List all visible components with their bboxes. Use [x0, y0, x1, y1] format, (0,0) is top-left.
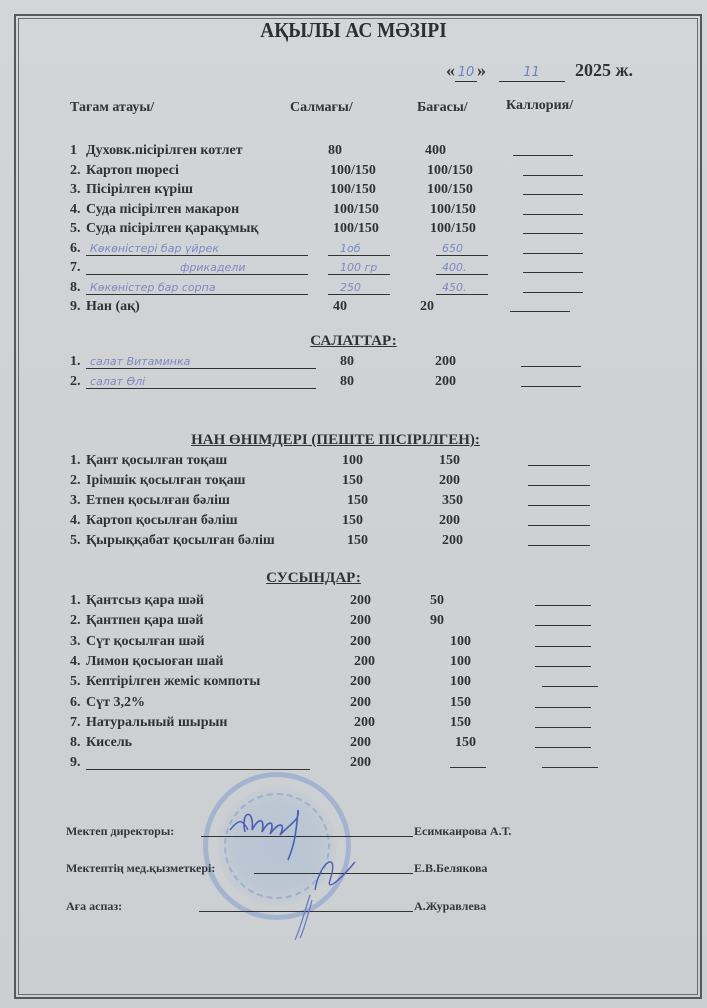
- item-number: 6.: [70, 694, 81, 712]
- item-price: 200: [439, 472, 460, 490]
- calories-field: [542, 767, 598, 768]
- item-name: Қантпен қара шәй: [86, 612, 203, 630]
- column-header-calories: Каллория/: [506, 98, 573, 114]
- item-number: 5.: [70, 673, 81, 691]
- item-weight: 100/150: [330, 162, 376, 180]
- calories-field: [535, 666, 591, 667]
- menu-item-row: 4.Суда пісірілген макарон100/150100/150: [70, 201, 630, 219]
- item-name: Ірімшік қосылған тоқаш: [86, 472, 246, 490]
- item-name: Картоп пюресі: [86, 162, 179, 180]
- calories-field: [535, 727, 591, 728]
- calories-field: [523, 233, 583, 234]
- calories-field: [523, 272, 583, 273]
- date-close-quote: »: [477, 60, 486, 80]
- value-fill-line: [436, 274, 488, 275]
- value-fill-line: [328, 255, 390, 256]
- calories-field: [535, 605, 591, 606]
- item-price: 150: [455, 734, 476, 752]
- item-price: 200: [442, 532, 463, 550]
- item-price: 350: [442, 492, 463, 510]
- column-header-weight: Салмағы/: [290, 100, 353, 116]
- item-name: Қырыққабат қосылған бәліш: [86, 532, 275, 550]
- item-number: 2.: [70, 162, 81, 180]
- item-weight: 200: [350, 694, 371, 712]
- item-number: 8.: [70, 279, 81, 297]
- column-header-price: Бағасы/: [417, 100, 468, 116]
- calories-field: [528, 485, 590, 486]
- item-weight: 200: [354, 653, 375, 671]
- item-number: 4.: [70, 653, 81, 671]
- item-weight: 200: [354, 714, 375, 732]
- item-price: 150: [450, 694, 471, 712]
- calories-field: [528, 525, 590, 526]
- item-price: 100: [450, 673, 471, 691]
- item-name: Кептірілген жеміс компоты: [86, 673, 260, 691]
- menu-item-row: 4.Лимон қосыоған шай200100: [70, 653, 630, 671]
- item-weight: 100/150: [333, 201, 379, 219]
- item-price: 20: [420, 298, 434, 316]
- item-weight: 200: [350, 734, 371, 752]
- item-number: 5.: [70, 220, 81, 238]
- calories-field: [535, 707, 591, 708]
- item-price: 90: [430, 612, 444, 630]
- item-price: 100/150: [430, 220, 476, 238]
- menu-item-row: 9.Нан (ақ)4020: [70, 298, 630, 316]
- date-day-field: 10: [455, 60, 477, 82]
- menu-item-row: 1Духовк.пісірілген котлет80400: [70, 142, 630, 160]
- item-name: Қантсыз қара шәй: [86, 592, 204, 610]
- item-price: 50: [430, 592, 444, 610]
- item-name: Сүт қосылған шәй: [86, 633, 205, 651]
- item-number: 2.: [70, 612, 81, 630]
- menu-item-row: 1.Қант қосылған тоқаш100150: [70, 452, 630, 470]
- value-fill-line: [436, 255, 488, 256]
- document-title: АҚЫЛЫ АС МӘЗІРІ: [28, 18, 678, 43]
- name-fill-line: [86, 388, 316, 389]
- item-price: 400: [425, 142, 446, 160]
- menu-item-row: 6.Көкөністері бар үйрек1об650: [70, 240, 630, 258]
- calories-field: [535, 646, 591, 647]
- item-number: 3.: [70, 181, 81, 199]
- item-weight: 200: [350, 612, 371, 630]
- menu-item-row: 7.Натуральный шырын200150: [70, 714, 630, 732]
- item-weight: 100/150: [333, 220, 379, 238]
- item-number: 1.: [70, 592, 81, 610]
- item-weight: 150: [347, 492, 368, 510]
- menu-item-row: 2.салат Өлі80200: [70, 373, 630, 391]
- menu-item-row: 2.Картоп пюресі100/150100/150: [70, 162, 630, 180]
- item-price: 100/150: [427, 181, 473, 199]
- menu-item-row: 8.Кисель200150: [70, 734, 630, 752]
- menu-item-row: 5.Қырыққабат қосылған бәліш150200: [70, 532, 630, 550]
- date-month-field: 11: [499, 60, 565, 82]
- item-name: Картоп қосылған бәліш: [86, 512, 238, 530]
- item-number: 4.: [70, 512, 81, 530]
- item-weight: 80: [340, 373, 354, 391]
- item-price: 200: [439, 512, 460, 530]
- item-weight: 150: [347, 532, 368, 550]
- item-number: 9.: [70, 754, 81, 772]
- item-weight: 200: [350, 592, 371, 610]
- calories-field: [523, 292, 583, 293]
- item-weight: 200: [350, 673, 371, 691]
- menu-item-row: 9.200: [70, 754, 630, 772]
- value-fill-line: [436, 294, 488, 295]
- item-price: 200: [435, 353, 456, 371]
- item-number: 9.: [70, 298, 81, 316]
- item-price: 150: [450, 714, 471, 732]
- item-name: Етпен қосылған бәліш: [86, 492, 230, 510]
- item-name: Кисель: [86, 734, 132, 752]
- price-fill-line: [450, 767, 486, 768]
- item-weight: 100: [342, 452, 363, 470]
- menu-item-row: 6.Сүт 3,2%200150: [70, 694, 630, 712]
- item-name: Лимон қосыоған шай: [86, 653, 223, 671]
- calories-field: [521, 386, 581, 387]
- item-name: Суда пісірілген макарон: [86, 201, 239, 219]
- menu-item-row: 7.фрикадели100 гр400.: [70, 259, 630, 277]
- item-number: 1.: [70, 452, 81, 470]
- menu-item-row: 8.Көкөністер бар сорпа250450.: [70, 279, 630, 297]
- item-number: 1.: [70, 353, 81, 371]
- drinks-section-title: СУСЫНДАР:: [0, 570, 667, 587]
- value-fill-line: [328, 274, 390, 275]
- date-open-quote: «: [446, 60, 455, 80]
- menu-item-row: 1.Қантсыз қара шәй20050: [70, 592, 630, 610]
- date-year: 2025 ж.: [575, 60, 633, 80]
- bakery-section-title: НАН ӨНІМДЕРІ (ПЕШТЕ ПІСІРІЛГЕН):: [0, 432, 689, 449]
- item-number: 3.: [70, 492, 81, 510]
- item-number: 3.: [70, 633, 81, 651]
- item-price: 150: [439, 452, 460, 470]
- name-fill-line: [86, 368, 316, 369]
- calories-field: [528, 545, 590, 546]
- calories-field: [528, 465, 590, 466]
- calories-field: [523, 194, 583, 195]
- item-weight: 100/150: [330, 181, 376, 199]
- menu-item-row: 3.Етпен қосылған бәліш150350: [70, 492, 630, 510]
- handwritten-signatures: [200, 780, 400, 940]
- item-number: 6.: [70, 240, 81, 258]
- item-weight: 40: [333, 298, 347, 316]
- item-number: 4.: [70, 201, 81, 219]
- calories-field: [535, 625, 591, 626]
- calories-field: [542, 686, 598, 687]
- name-fill-line: [86, 294, 308, 295]
- salads-section-title: САЛАТТАР:: [0, 333, 707, 350]
- item-number: 8.: [70, 734, 81, 752]
- item-price: 100: [450, 653, 471, 671]
- item-name: Пісірілген күріш: [86, 181, 193, 199]
- column-header-name: Тағам атауы/: [70, 100, 154, 116]
- item-number: 5.: [70, 532, 81, 550]
- calories-field: [523, 253, 583, 254]
- value-fill-line: [328, 294, 390, 295]
- calories-field: [535, 747, 591, 748]
- item-name: Сүт 3,2%: [86, 694, 145, 712]
- menu-item-row: 5.Кептірілген жеміс компоты200100: [70, 673, 630, 691]
- menu-item-row: 5.Суда пісірілген қарақұмық100/150100/15…: [70, 220, 630, 238]
- menu-item-row: 1.салат Витаминка80200: [70, 353, 630, 371]
- item-weight: 150: [342, 512, 363, 530]
- calories-field: [528, 505, 590, 506]
- item-number: 2.: [70, 472, 81, 490]
- item-name: Суда пісірілген қарақұмық: [86, 220, 258, 238]
- item-number: 7.: [70, 259, 81, 277]
- calories-field: [510, 311, 570, 312]
- menu-item-row: 2.Ірімшік қосылған тоқаш150200: [70, 472, 630, 490]
- menu-item-row: 4.Картоп қосылған бәліш150200: [70, 512, 630, 530]
- calories-field: [521, 366, 581, 367]
- item-weight: 200: [350, 633, 371, 651]
- menu-item-row: 3.Сүт қосылған шәй200100: [70, 633, 630, 651]
- item-number: 2.: [70, 373, 81, 391]
- item-name: Натуральный шырын: [86, 714, 227, 732]
- item-name: Қант қосылған тоқаш: [86, 452, 227, 470]
- item-number: 1: [70, 142, 77, 160]
- name-fill-line: [86, 274, 308, 275]
- item-name: Нан (ақ): [86, 298, 140, 316]
- item-number: 7.: [70, 714, 81, 732]
- document-date: «10» 11 2025 ж.: [446, 60, 633, 82]
- name-fill-line: [86, 255, 308, 256]
- calories-field: [513, 155, 573, 156]
- item-price: 100: [450, 633, 471, 651]
- menu-document: АҚЫЛЫ АС МӘЗІРІ «10» 11 2025 ж. Тағам ат…: [0, 0, 707, 1008]
- item-price: 100/150: [430, 201, 476, 219]
- menu-item-row: 2.Қантпен қара шәй20090: [70, 612, 630, 630]
- calories-field: [523, 214, 583, 215]
- menu-item-row: 3.Пісірілген күріш100/150100/150: [70, 181, 630, 199]
- item-name: Духовк.пісірілген котлет: [86, 142, 243, 160]
- calories-field: [523, 175, 583, 176]
- item-weight: 150: [342, 472, 363, 490]
- item-price: 100/150: [427, 162, 473, 180]
- name-fill-line: [86, 769, 310, 770]
- item-weight: 80: [328, 142, 342, 160]
- item-weight: 80: [340, 353, 354, 371]
- item-price: 200: [435, 373, 456, 391]
- item-weight: 200: [350, 754, 371, 772]
